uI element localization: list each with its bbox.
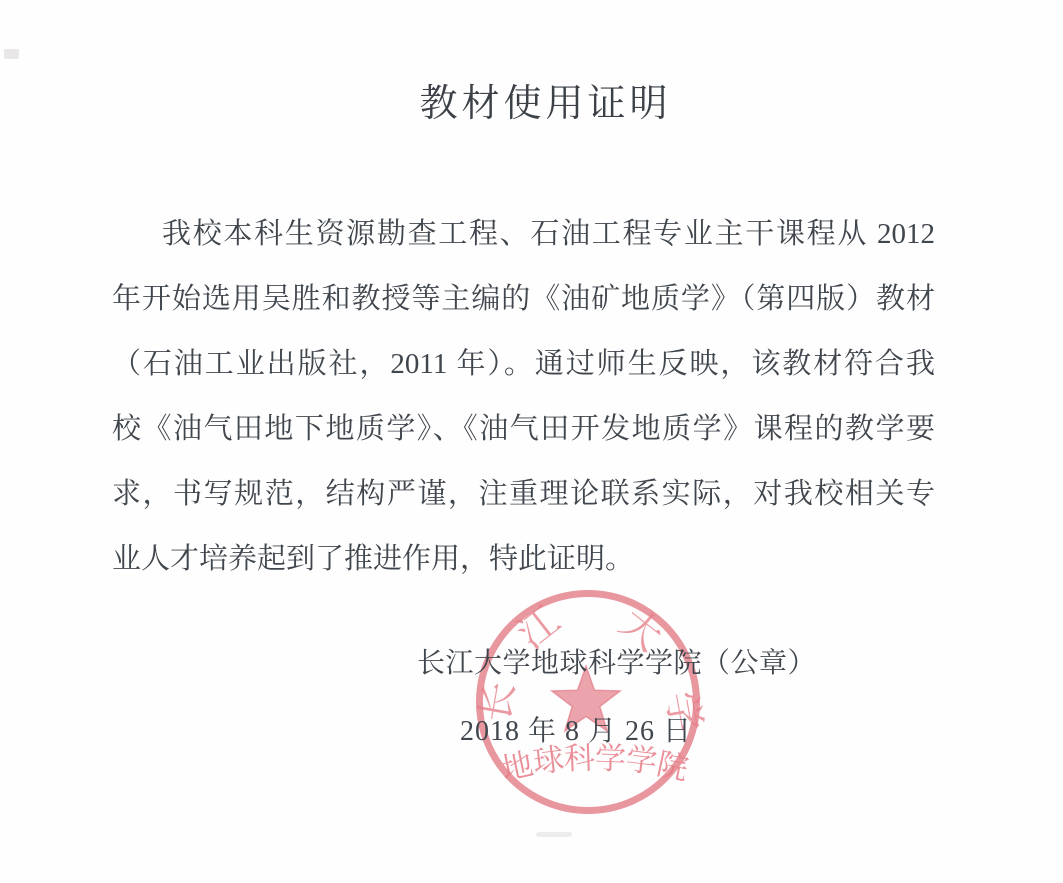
issuer-signature-line: 长江大学地球科学学院（公章） — [417, 641, 816, 681]
body-line: 年开始选用吴胜和教授等主编的《油矿地质学》（第四版）教材 — [112, 267, 935, 332]
document-title: 教材使用证明 — [0, 72, 1063, 127]
scan-artifact-speck — [4, 49, 19, 59]
certificate-body: 我校本科生资源勘查工程、石油工程专业主干课程从 2012 年开始选用吴胜和教授等… — [112, 202, 935, 592]
body-line: 我校本科生资源勘查工程、石油工程专业主干课程从 2012 — [112, 202, 935, 267]
scanned-certificate-page: 长 江 大 学 地 球 科 学 学 院 教材使用证明 我校本科生资源勘查工程、石… — [0, 0, 1063, 883]
body-line: 校《油气田地下地质学》、《油气田开发地质学》课程的教学要 — [112, 397, 935, 462]
body-line: 业人才培养起到了推进作用，特此证明。 — [112, 527, 935, 592]
seal-department-char: 院 — [654, 747, 691, 787]
seal-department-char: 地 — [499, 747, 536, 787]
body-line: 求，书写规范，结构严谨，注重理论联系实际，对我校相关专 — [112, 462, 935, 527]
issue-date: 2018 年 8 月 26 日 — [460, 709, 692, 749]
official-seal-stamp: 长 江 大 学 地 球 科 学 学 院 — [438, 552, 738, 852]
body-line: （石油工业出版社，2011 年）。通过师生反映，该教材符合我 — [112, 332, 935, 397]
